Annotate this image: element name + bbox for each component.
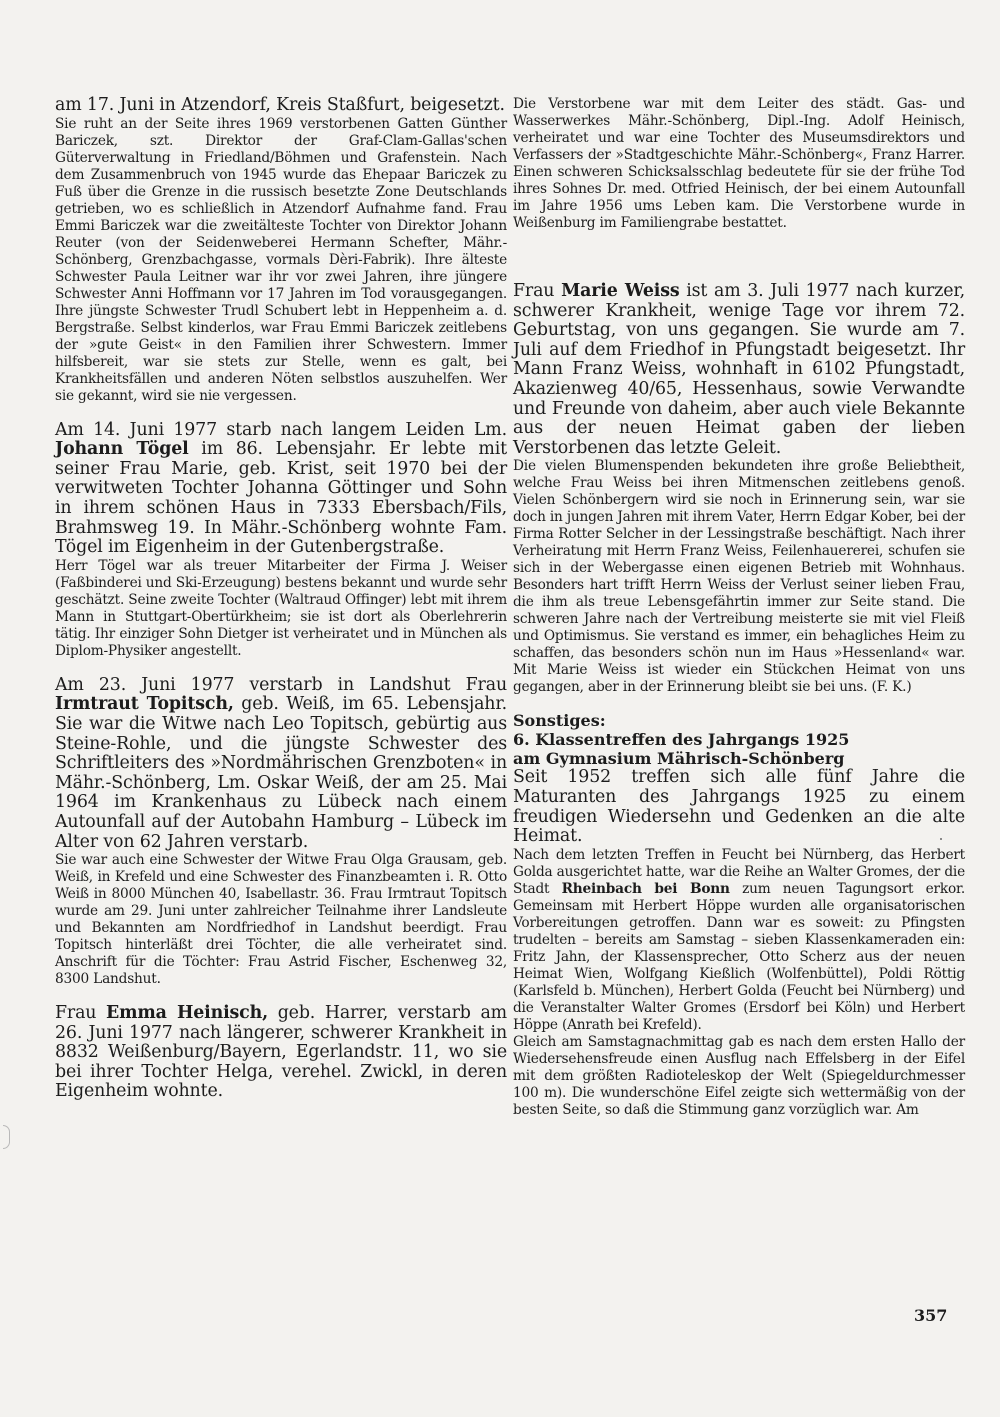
lead-pre: Frau <box>513 281 554 301</box>
left-column: am 17. Juni in Atzendorf, Kreis Staßfurt… <box>55 96 507 1102</box>
article-lead: Seit 1952 treffen sich alle fünf Jahre d… <box>513 768 965 846</box>
page-number: 357 <box>914 1306 947 1325</box>
lead-paragraph: Frau Marie Weiss ist am 3. Juli 1977 nac… <box>513 282 965 458</box>
obituary-lead: Am 14. Juni 1977 starb nach langem Leide… <box>55 421 507 558</box>
article-body: Nach dem letzten Treffen in Feucht bei N… <box>513 847 965 1119</box>
obituary-lead: am 17. Juni in Atzendorf, Kreis Staßfurt… <box>55 96 507 116</box>
lead-paragraph: Am 23. Juni 1977 verstarb in Landshut Fr… <box>55 676 507 852</box>
obituary-bariczek: am 17. Juni in Atzendorf, Kreis Staßfurt… <box>55 96 507 405</box>
body-text: Sie war auch eine Schwester der Witwe Fr… <box>55 852 507 988</box>
body-text: Die Verstorbene war mit dem Leiter des s… <box>513 96 965 232</box>
lead-pre: Am 23. Juni 1977 verstarb in Landshut Fr… <box>55 675 507 695</box>
article-title-line-1: 6. Klassentreffen des Jahrgangs 1925 <box>513 730 965 749</box>
obituary-lead: Am 23. Juni 1977 verstarb in Landshut Fr… <box>55 676 507 852</box>
lead-text: Seit 1952 treffen sich alle fünf Jahre d… <box>513 768 965 846</box>
obituary-toegel: Am 14. Juni 1977 starb nach langem Leide… <box>55 421 507 660</box>
obituary-lead: Frau Emma Heinisch, geb. Harrer, verstar… <box>55 1004 507 1102</box>
body-paragraph-2: Gleich am Samstagnachmittag gab es nach … <box>513 1034 965 1119</box>
obituary-topitsch: Am 23. Juni 1977 verstarb in Landshut Fr… <box>55 676 507 988</box>
deceased-name: Johann Tögel <box>55 439 189 459</box>
right-column: Die Verstorbene war mit dem Leiter des s… <box>513 96 965 1119</box>
section-label: Sonstiges: <box>513 712 965 730</box>
lead-post: geb. Weiß, im 65. Lebensjahr. Sie war di… <box>55 694 507 851</box>
obituary-weiss: Frau Marie Weiss ist am 3. Juli 1977 nac… <box>513 282 965 696</box>
obituary-body: Herr Tögel war als treuer Mitarbeiter de… <box>55 558 507 660</box>
lead-text: am 17. Juni in Atzendorf, Kreis Staßfurt… <box>55 96 507 116</box>
lead-post: ist am 3. Juli 1977 nach kurzer, schwere… <box>513 281 965 458</box>
obituary-body: Die vielen Blumenspenden bekundeten ihre… <box>513 458 965 696</box>
article-title-line-2: am Gymnasium Mährisch-Schönberg <box>513 749 965 768</box>
body-post: zum neuen Tagungsort erkor. Gemeinsam mi… <box>513 881 965 1033</box>
paper-speck <box>940 838 942 840</box>
obituary-lead: Frau Marie Weiss ist am 3. Juli 1977 nac… <box>513 282 965 458</box>
obituary-heinisch-continued: Die Verstorbene war mit dem Leiter des s… <box>513 96 965 232</box>
margin-bracket-mark <box>3 1125 10 1149</box>
document-page: am 17. Juni in Atzendorf, Kreis Staßfurt… <box>0 0 1000 1417</box>
lead-paragraph: Am 14. Juni 1977 starb nach langem Leide… <box>55 421 507 558</box>
deceased-name: Irmtraut Topitsch, <box>55 694 234 714</box>
body-text: Sie ruht an der Seite ihres 1969 verstor… <box>55 116 507 405</box>
deceased-name: Marie Weiss <box>561 281 679 301</box>
obituary-body: Sie ruht an der Seite ihres 1969 verstor… <box>55 116 507 405</box>
body-text: Die vielen Blumenspenden bekundeten ihre… <box>513 458 965 696</box>
body-paragraph-1: Nach dem letzten Treffen in Feucht bei N… <box>513 847 965 1034</box>
lead-pre: Frau <box>55 1003 96 1023</box>
body-text: Herr Tögel war als treuer Mitarbeiter de… <box>55 558 507 660</box>
lead-paragraph: Frau Emma Heinisch, geb. Harrer, verstar… <box>55 1004 507 1102</box>
lead-pre: Am 14. Juni 1977 starb nach langem Leide… <box>55 420 507 440</box>
deceased-name: Emma Heinisch, <box>106 1003 268 1023</box>
obituary-body: Die Verstorbene war mit dem Leiter des s… <box>513 96 965 232</box>
location-highlight: Rheinbach bei Bonn <box>562 881 730 897</box>
section-sonstiges: Sonstiges: 6. Klassentreffen des Jahrgan… <box>513 712 965 1118</box>
obituary-heinisch: Frau Emma Heinisch, geb. Harrer, verstar… <box>55 1004 507 1102</box>
obituary-body: Sie war auch eine Schwester der Witwe Fr… <box>55 852 507 988</box>
